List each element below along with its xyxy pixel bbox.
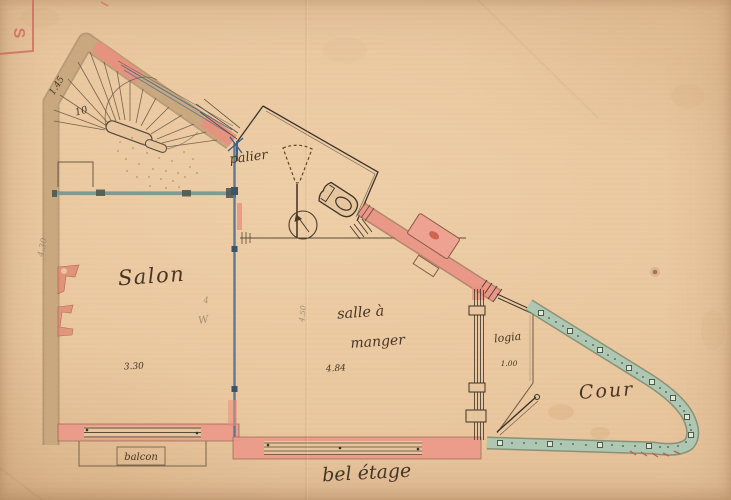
salon-dining-partition [228,137,243,437]
dining-dimension: 4.84 [325,363,347,374]
wc-toilet [317,181,361,221]
cour-label: Cour [578,378,635,404]
party-wall [357,202,532,313]
exterior-wall [51,41,233,445]
floor-plan-scan: Salon 3.30 salle à manger 4.84 palier lo… [0,0,731,500]
stair-hall-beam [52,188,236,198]
logia-dimension: 1.00 [501,359,518,368]
pencil-mark-4: 4 [202,296,208,305]
salon-fireplace-1 [58,265,79,294]
closet-outline [58,162,93,187]
stamp-letter: S [10,28,27,39]
balcony-label: balcon [124,452,158,463]
staircase [54,52,240,189]
dining-label-line1: salle à [337,303,385,322]
stair-step-number: 10 [74,104,90,118]
dining-bottom-wall [233,437,481,459]
logia-gate [497,395,540,436]
stair-handrail [104,119,167,153]
logia-label: logia [493,330,521,346]
salon-fireplace-2 [58,305,73,336]
pencil-mark-w: W [198,314,211,327]
salon-bottom-wall [58,424,239,441]
bel-etage-caption: bel étage [322,460,412,487]
brick-wall-segment [204,120,233,141]
plan-drawing: Salon 3.30 salle à manger 4.84 palier lo… [0,0,731,500]
salon-label: Salon [117,262,186,291]
door-swing [289,211,317,239]
dining-label-line2: manger [350,332,407,352]
salon-dimension: 3.30 [124,361,145,372]
